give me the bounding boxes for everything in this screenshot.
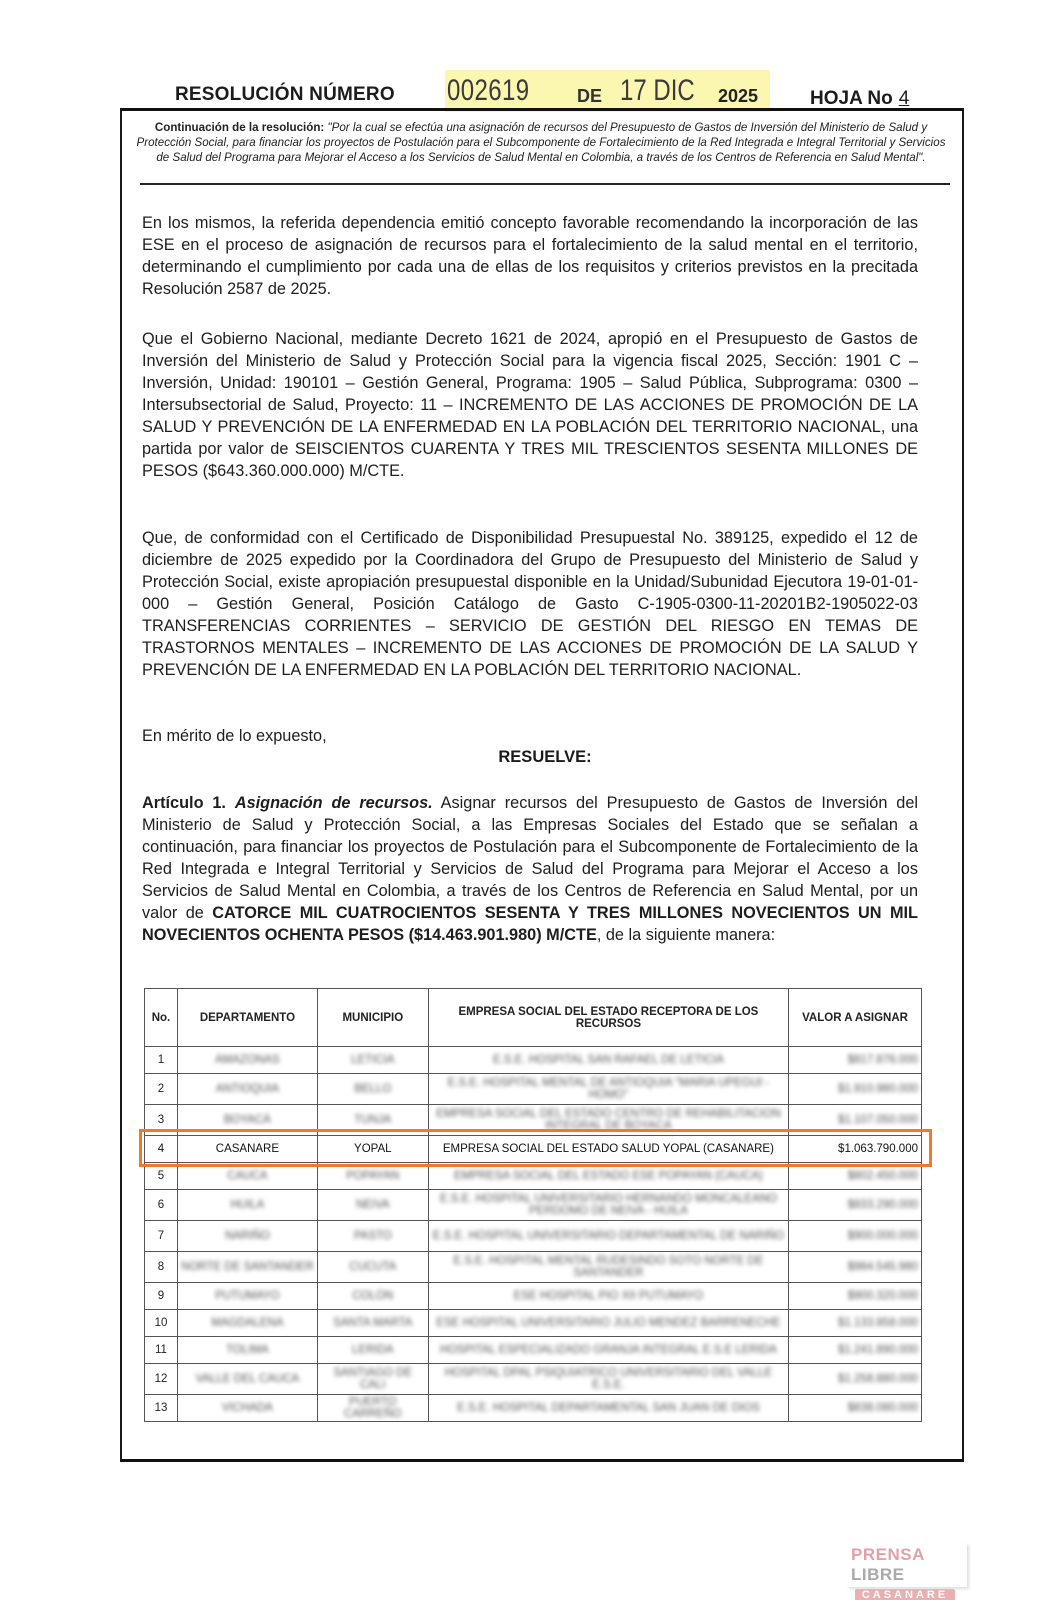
resuelve-heading: RESUELVE: <box>142 748 948 767</box>
cell-valor: $984.545.980 <box>789 1252 922 1283</box>
table-header-row: No. DEPARTAMENTO MUNICIPIO EMPRESA SOCIA… <box>145 989 922 1047</box>
cell-valor: $1.241.890.000 <box>789 1337 922 1364</box>
article-1: Artículo 1. Asignación de recursos. Asig… <box>142 792 918 946</box>
column-header-no: No. <box>145 989 178 1047</box>
resolution-number: 002619 <box>447 74 529 108</box>
cell-no: 2 <box>145 1074 178 1105</box>
cell-empresa: E.S.E. HOSPITAL MENTAL RUDESINDO SOTO NO… <box>428 1252 788 1283</box>
column-header-departamento: DEPARTAMENTO <box>177 989 317 1047</box>
cell-no: 10 <box>145 1310 178 1337</box>
table-row: 13VICHADAPUERTO CARREÑOE.S.E. HOSPITAL D… <box>145 1395 922 1422</box>
resolution-label: RESOLUCIÓN NÚMERO <box>175 84 395 106</box>
cell-municipio: SANTA MARTA <box>317 1310 428 1337</box>
article-label: Artículo 1. <box>142 794 226 812</box>
continuation-note: Continuación de la resolución: "Por la c… <box>130 120 952 165</box>
divider <box>140 183 950 185</box>
article-title: Asignación de recursos. <box>235 794 433 812</box>
cell-empresa: E.S.E. HOSPITAL MENTAL DE ANTIOQUIA "MAR… <box>428 1074 788 1105</box>
table-row: 2ANTIOQUIABELLOE.S.E. HOSPITAL MENTAL DE… <box>145 1074 922 1105</box>
cell-municipio: BELLO <box>317 1074 428 1105</box>
cell-empresa: E.S.E. HOSPITAL UNIVERSITARIO HERNANDO M… <box>428 1190 788 1221</box>
cell-valor: $833.290.000 <box>789 1190 922 1221</box>
hoja-number: 4 <box>899 88 910 109</box>
cell-valor: $838.080.000 <box>789 1395 922 1422</box>
cell-departamento: VALLE DEL CAUCA <box>177 1364 317 1395</box>
cell-valor: $900.000.000 <box>789 1221 922 1252</box>
cell-municipio: COLÓN <box>317 1283 428 1310</box>
cell-empresa: E.S.E. HOSPITAL DEPARTAMENTAL SAN JUAN D… <box>428 1395 788 1422</box>
page-indicator: HOJA No4 <box>810 88 909 110</box>
cell-valor: $1.910.980.000 <box>789 1074 922 1105</box>
logo-brand: PRENSA LIBRE <box>847 1543 967 1587</box>
table-row: 8NORTE DE SANTANDERCUCUTAE.S.E. HOSPITAL… <box>145 1252 922 1283</box>
paragraph-3: Que, de conformidad con el Certificado d… <box>142 527 918 681</box>
cell-empresa: E.S.E. HOSPITAL UNIVERSITARIO DEPARTAMEN… <box>428 1221 788 1252</box>
hoja-label: HOJA No <box>810 88 893 109</box>
cell-municipio: SANTIAGO DE CALI <box>317 1364 428 1395</box>
article-amount: CATORCE MIL CUATROCIENTOS SESENTA Y TRES… <box>142 904 918 944</box>
logo-sub: CASANARE <box>855 1589 955 1600</box>
cell-no: 1 <box>145 1047 178 1074</box>
paragraph-4: En mérito de lo expuesto, <box>142 725 918 747</box>
cell-no: 11 <box>145 1337 178 1364</box>
cell-no: 8 <box>145 1252 178 1283</box>
cell-valor: $900.320.000 <box>789 1283 922 1310</box>
table-row: 7NARIÑOPASTOE.S.E. HOSPITAL UNIVERSITARI… <box>145 1221 922 1252</box>
cell-departamento: TOLIMA <box>177 1337 317 1364</box>
column-header-valor: VALOR A ASIGNAR <box>789 989 922 1047</box>
cell-departamento: VICHADA <box>177 1395 317 1422</box>
cell-municipio: NEIVA <box>317 1190 428 1221</box>
cell-departamento: AMAZONAS <box>177 1047 317 1074</box>
cell-valor: $1.258.880.000 <box>789 1364 922 1395</box>
cell-no: 9 <box>145 1283 178 1310</box>
cell-municipio: CUCUTA <box>317 1252 428 1283</box>
cell-departamento: NARIÑO <box>177 1221 317 1252</box>
table-row: 1AMAZONASLETICIAE.S.E. HOSPITAL SAN RAFA… <box>145 1047 922 1074</box>
column-header-empresa: EMPRESA SOCIAL DEL ESTADO RECEPTORA DE L… <box>428 989 788 1047</box>
resolution-date: 17 DIC <box>620 74 695 108</box>
cell-no: 13 <box>145 1395 178 1422</box>
table-row: 11TOLIMALERIDAHOSPITAL ESPECIALIZADO GRA… <box>145 1337 922 1364</box>
cell-empresa: ESE HOSPITAL UNIVERSITARIO JULIO MENDEZ … <box>428 1310 788 1337</box>
highlight-box-casanare <box>139 1129 932 1167</box>
cell-municipio: LETICIA <box>317 1047 428 1074</box>
cell-departamento: PUTUMAYO <box>177 1283 317 1310</box>
cell-empresa: ESE HOSPITAL PIO XII PUTUMAYO <box>428 1283 788 1310</box>
table-row: 12VALLE DEL CAUCASANTIAGO DE CALIHOSPITA… <box>145 1364 922 1395</box>
cell-empresa: HOSPITAL DPAL PSIQUIATRICO UNIVERSITARIO… <box>428 1364 788 1395</box>
cell-departamento: MAGDALENA <box>177 1310 317 1337</box>
continuation-label: Continuación de la resolución: <box>155 121 324 134</box>
cell-valor: $817.876.000 <box>789 1047 922 1074</box>
column-header-municipio: MUNICIPIO <box>317 989 428 1047</box>
article-end: , de la siguiente manera: <box>597 926 775 944</box>
cell-departamento: ANTIOQUIA <box>177 1074 317 1105</box>
cell-municipio: LERIDA <box>317 1337 428 1364</box>
cell-no: 12 <box>145 1364 178 1395</box>
cell-no: 7 <box>145 1221 178 1252</box>
cell-valor: $1.133.858.000 <box>789 1310 922 1337</box>
resolution-year: 2025 <box>718 86 758 107</box>
watermark-logo: PRENSA LIBRE CASANARE <box>847 1543 967 1600</box>
cell-empresa: HOSPITAL ESPECIALIZADO GRANJA INTEGRAL E… <box>428 1337 788 1364</box>
paragraph-1: En los mismos, la referida dependencia e… <box>142 212 918 300</box>
table-row: 10MAGDALENASANTA MARTAESE HOSPITAL UNIVE… <box>145 1310 922 1337</box>
cell-no: 6 <box>145 1190 178 1221</box>
cell-municipio: PUERTO CARREÑO <box>317 1395 428 1422</box>
table-row: 6HUILANEIVAE.S.E. HOSPITAL UNIVERSITARIO… <box>145 1190 922 1221</box>
table-row: 9PUTUMAYOCOLÓNESE HOSPITAL PIO XII PUTUM… <box>145 1283 922 1310</box>
allocation-table: No. DEPARTAMENTO MUNICIPIO EMPRESA SOCIA… <box>144 988 922 1422</box>
de-label: DE <box>577 86 602 107</box>
cell-municipio: PASTO <box>317 1221 428 1252</box>
article-text: Asignar recursos del Presupuesto de Gast… <box>142 794 918 922</box>
paragraph-2: Que el Gobierno Nacional, mediante Decre… <box>142 328 918 482</box>
resolution-header: RESOLUCIÓN NÚMERO 002619 DE 17 DIC 2025 … <box>175 70 935 110</box>
cell-departamento: NORTE DE SANTANDER <box>177 1252 317 1283</box>
cell-empresa: E.S.E. HOSPITAL SAN RAFAEL DE LETICIA <box>428 1047 788 1074</box>
cell-departamento: HUILA <box>177 1190 317 1221</box>
